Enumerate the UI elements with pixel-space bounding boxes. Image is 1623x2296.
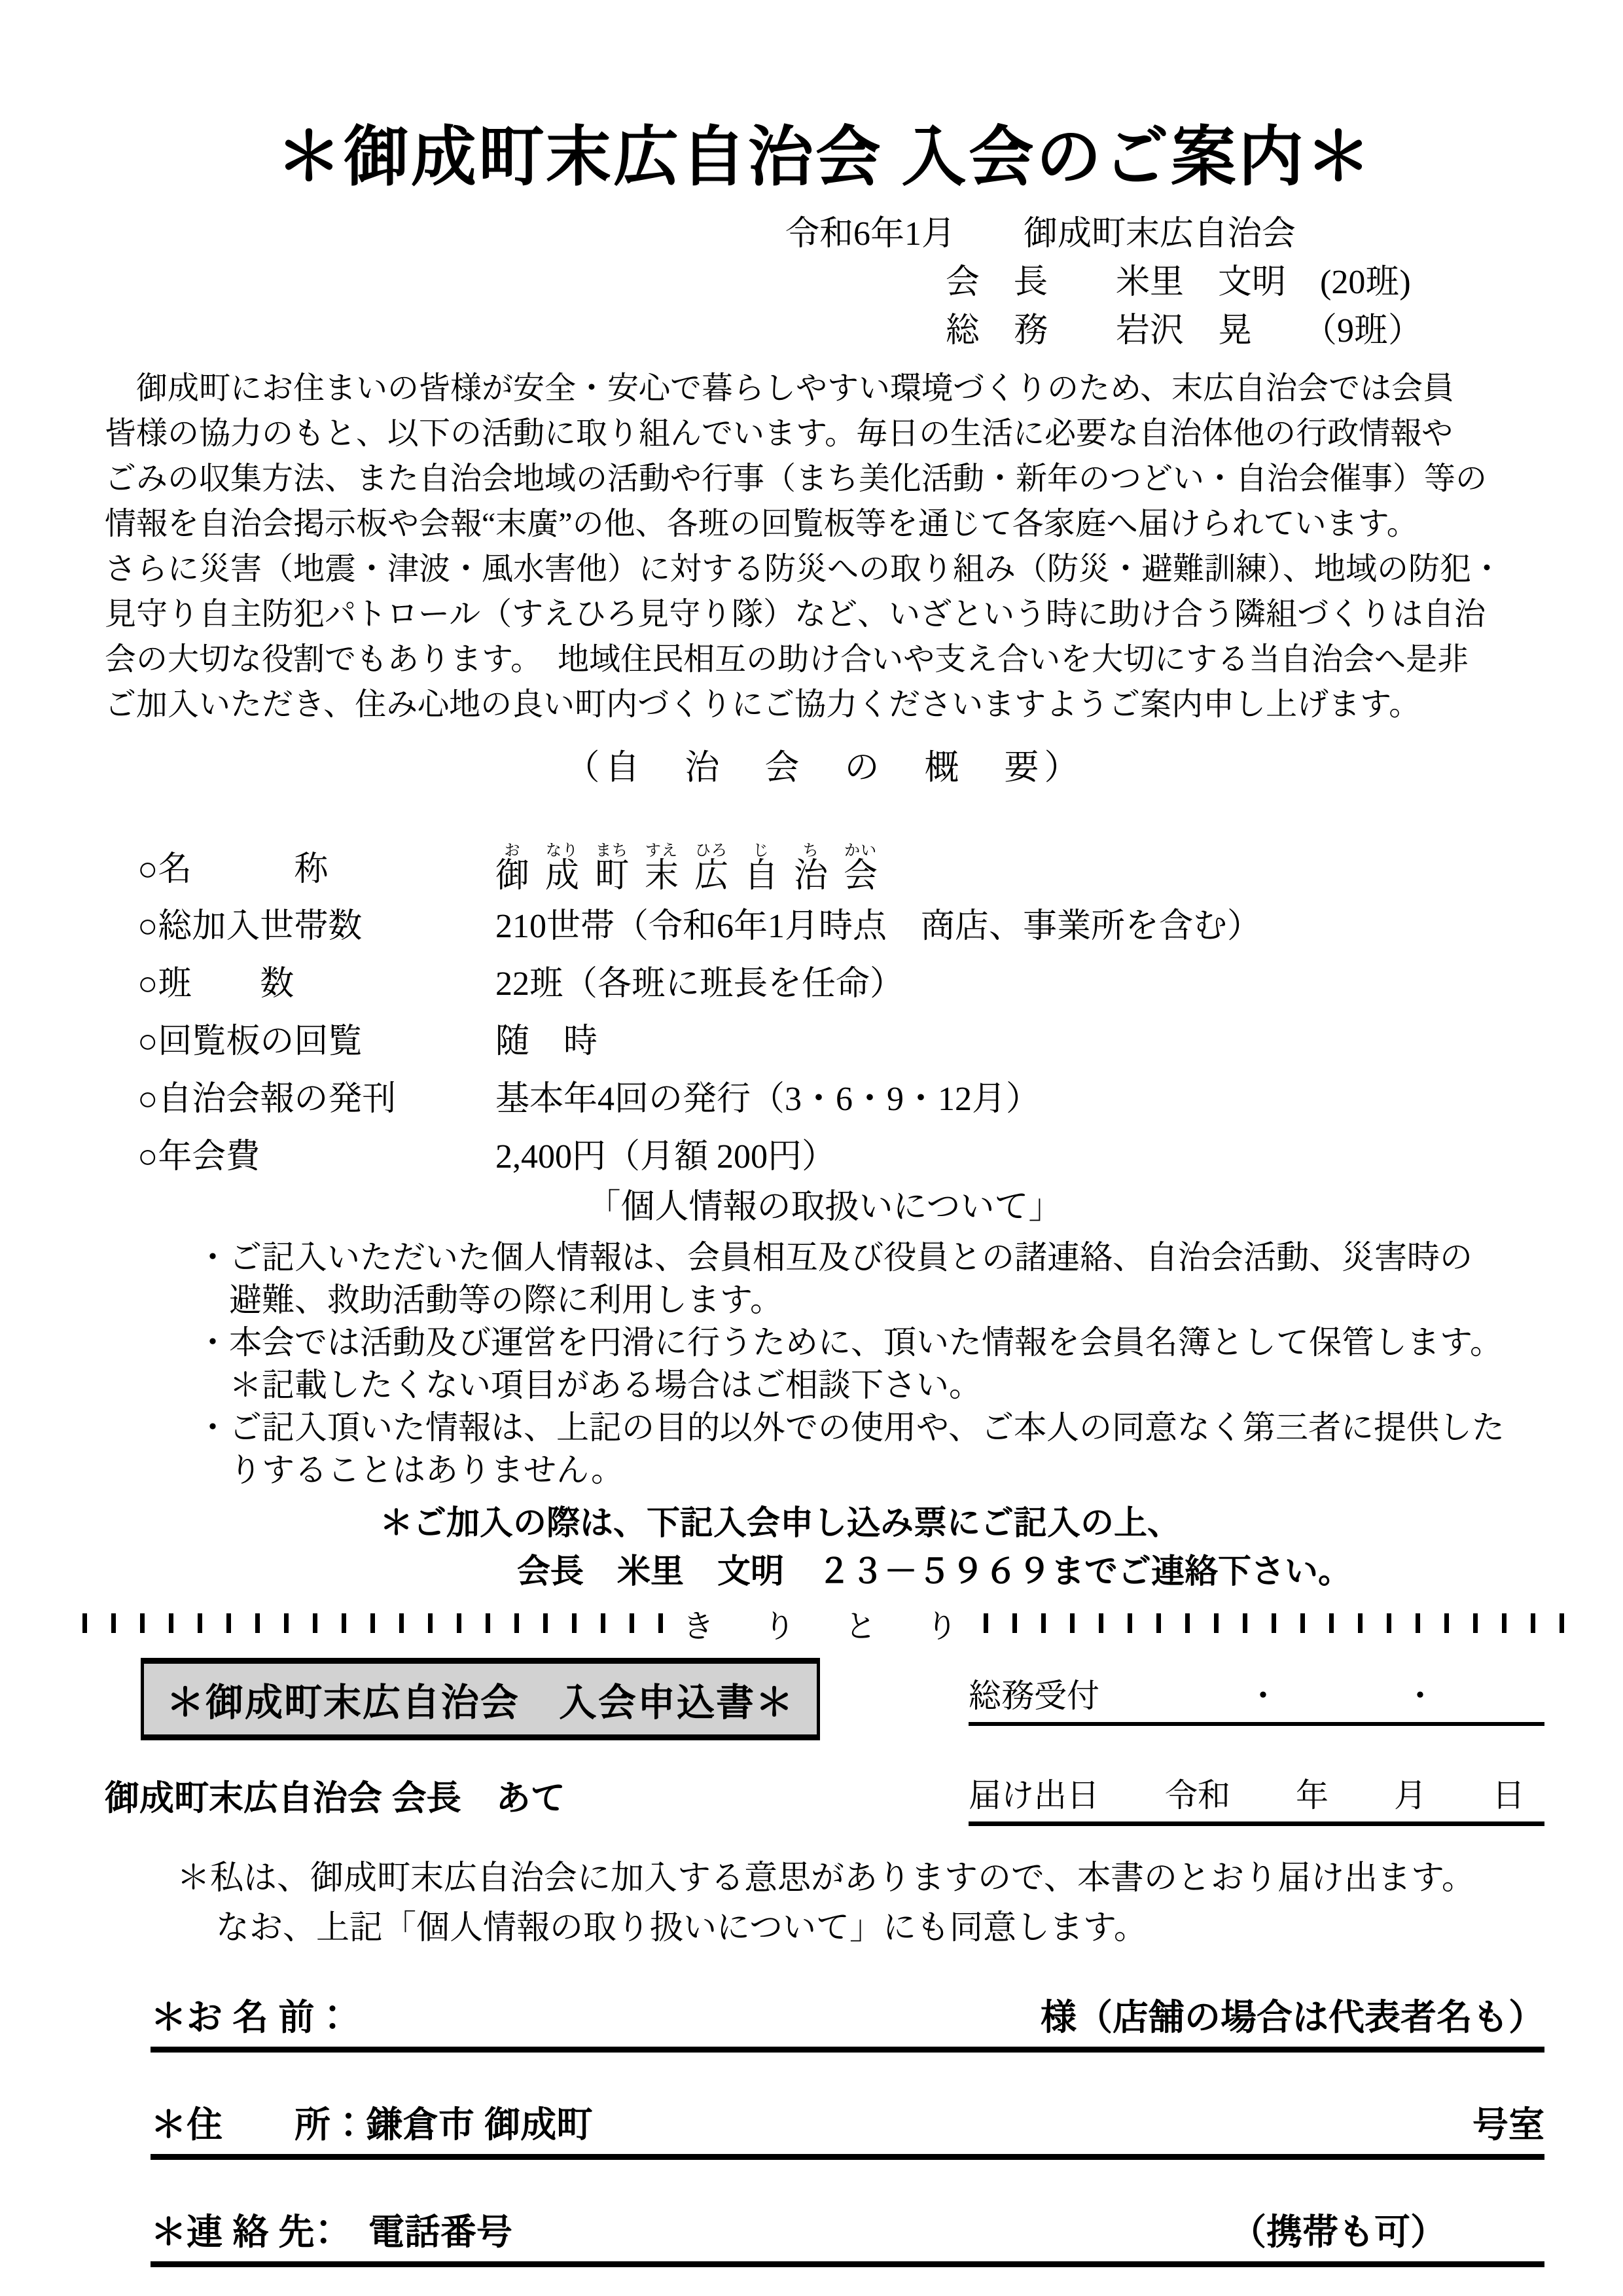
form-header-left: ＊御成町末広自治会 入会申込書＊ 御成町末広自治会 会長 あて xyxy=(105,1658,969,1826)
furigana: お xyxy=(495,842,529,859)
overview-row: ○年会費 2,400円（月額 200円） xyxy=(105,1124,1544,1181)
furigana: じ xyxy=(744,842,778,859)
declaration-line: ＊私は、御成町末広自治会に加入する意思がありますので、本書のとおり届け出ます。 xyxy=(177,1854,1544,1903)
submission-date-field: 届け出日 令和 年 月 日 xyxy=(969,1769,1544,1826)
privacy-section: ・ご記入いただいた個人情報は、会員相互及び役員との諸連絡、自治会活動、災害時の … xyxy=(105,1236,1544,1492)
ruby-char: 自じ xyxy=(744,842,778,893)
application-form-header: ＊御成町末広自治会 入会申込書＊ 御成町末広自治会 会長 あて 総務受付 ・ ・… xyxy=(105,1658,1544,1826)
overview-label: ○班 数 xyxy=(137,956,495,1005)
reception-label: 総務受付 xyxy=(969,1670,1099,1717)
overview-row: ○班 数 22班（各班に班長を任命） xyxy=(105,951,1544,1009)
furigana: まち xyxy=(595,842,629,859)
join-instruction-line: ＊ご加入の際は、下記入会申し込み票にご記入の上、 xyxy=(380,1501,1544,1547)
ruby-char: 広ひろ xyxy=(694,842,728,893)
join-contact-line: 会長 米里 文明 ２３－５９６９までご連絡下さい。 xyxy=(517,1549,1544,1595)
overview-value: 随 時 xyxy=(495,1013,597,1062)
overview-value: 210世帯（令和6年1月時点 商店、事業所を含む） xyxy=(495,898,1261,947)
intro-line: 情報を自治会掲示板や会報“末廣”の他、各班の回覧板等を通じて各家庭へ届けられてい… xyxy=(105,501,1544,547)
ruby-char: 成なり xyxy=(545,842,579,893)
association-name-ruby: 御お 成なり 町まち 末すえ 広ひろ 自じ 治ち 会かい xyxy=(495,842,893,893)
kanji: 末 xyxy=(645,857,679,895)
issue-date-line: 令和6年1月 御成町末広自治会 xyxy=(785,210,1544,259)
ruby-char: 御お xyxy=(495,842,529,893)
ruby-char: 町まち xyxy=(595,842,629,893)
overview-label: ○総加入世帯数 xyxy=(137,898,495,947)
kanji: 町 xyxy=(595,857,629,895)
intro-line: 御成町にお住まいの皆様が安全・安心で暮らしやすい環境づくりのため、末広自治会では… xyxy=(105,366,1544,411)
overview-value: 22班（各班に班長を任命） xyxy=(495,956,904,1005)
intro-line: 会の大切な役割でもあります。 地域住民相互の助け合いや支え合いを大切にする当自治… xyxy=(105,637,1544,682)
declaration-line: なお、上記「個人情報の取り扱いについて」にも同意します。 xyxy=(216,1903,1544,1953)
privacy-bullet-line: ・本会では活動及び運営を円滑に行うために、頂いた情報を会員名簿として保管します。 xyxy=(196,1321,1544,1364)
furigana: ち xyxy=(794,842,828,859)
cut-ticks-right xyxy=(984,1613,1567,1633)
address-field-label: ＊住 所：鎌倉市 御成町 xyxy=(151,2096,592,2147)
document-title: ＊御成町末広自治会 入会のご案内＊ xyxy=(105,117,1544,198)
privacy-heading: 「個人情報の取扱いについて」 xyxy=(105,1184,1544,1231)
form-header-right: 総務受付 ・ ・ 届け出日 令和 年 月 日 xyxy=(969,1658,1544,1826)
overview-label: ○自治会報の発刊 xyxy=(137,1071,495,1120)
document-page: ＊御成町末広自治会 入会のご案内＊ 令和6年1月 御成町末広自治会 会 長 米里… xyxy=(0,0,1623,2296)
contact-field-label: ＊連 絡 先： 電話番号 xyxy=(151,2203,512,2255)
intro-line: さらに災害（地震・津波・風水害他）に対する防災への取り組み（防災・避難訓練）、地… xyxy=(105,547,1544,592)
kanji: 治 xyxy=(794,857,828,895)
furigana: なり xyxy=(545,842,579,859)
name-field: ＊お 名 前： 様（店舗の場合は代表者名も） xyxy=(151,1988,1544,2053)
kanji: 広 xyxy=(694,857,728,895)
overview-row: ○総加入世帯数 210世帯（令和6年1月時点 商店、事業所を含む） xyxy=(105,893,1544,951)
overview-label: ○回覧板の回覧 xyxy=(137,1013,495,1062)
overview-label: ○年会費 xyxy=(137,1128,495,1177)
furigana: かい xyxy=(844,842,878,859)
overview-name-label: ○名 称 xyxy=(137,846,495,893)
intro-line: 見守り自主防犯パトロール（すえひろ見守り隊）など、いざという時に助け合う隣組づく… xyxy=(105,592,1544,637)
ruby-char: 会かい xyxy=(844,842,878,893)
overview-heading: （自 治 会 の 概 要） xyxy=(105,744,1544,791)
overview-value: 基本年4回の発行（3・6・9・12月） xyxy=(495,1071,1040,1120)
overview-row: ○回覧板の回覧 随 時 xyxy=(105,1009,1544,1066)
ruby-char: 治ち xyxy=(794,842,828,893)
name-field-note: 様（店舗の場合は代表者名も） xyxy=(1041,1988,1544,2040)
name-field-label: ＊お 名 前： xyxy=(151,1988,351,2040)
kanji: 成 xyxy=(545,857,579,895)
cut-ticks-left xyxy=(82,1613,666,1633)
privacy-bullet-line: りすることはありません。 xyxy=(196,1449,1544,1492)
reception-field: 総務受付 ・ ・ xyxy=(969,1670,1544,1726)
contact-field-note: （携帯も可） xyxy=(1230,2203,1446,2255)
privacy-bullet-line: ・ご記入頂いた情報は、上記の目的以外での使用や、ご本人の同意なく第三者に提供した xyxy=(196,1407,1544,1449)
overview-value: 2,400円（月額 200円） xyxy=(495,1128,836,1177)
address-field-note: 号室 xyxy=(1472,2096,1544,2147)
kanji: 自 xyxy=(744,857,778,895)
privacy-bullet-line: ・ご記入いただいた個人情報は、会員相互及び役員との諸連絡、自治会活動、災害時の xyxy=(196,1236,1544,1279)
intro-line: ごみの収集方法、また自治会地域の活動や行事（まち美化活動・新年のつどい・自治会催… xyxy=(105,456,1544,501)
addressee-line: 御成町末広自治会 会長 あて xyxy=(105,1770,969,1820)
furigana: すえ xyxy=(645,842,679,859)
general-affairs-line: 総 務 岩沢 晃 （9班） xyxy=(946,307,1544,355)
overview-row: ○自治会報の発刊 基本年4回の発行（3・6・9・12月） xyxy=(105,1066,1544,1124)
chairman-line: 会 長 米里 文明 (20班) xyxy=(946,259,1544,307)
intro-paragraph: 御成町にお住まいの皆様が安全・安心で暮らしやすい環境づくりのため、末広自治会では… xyxy=(105,366,1544,727)
address-field: ＊住 所：鎌倉市 御成町 号室 xyxy=(151,2096,1544,2160)
furigana: ひろ xyxy=(694,842,728,859)
declaration-paragraph: ＊私は、御成町末広自治会に加入する意思がありますので、本書のとおり届け出ます。 … xyxy=(177,1854,1544,1953)
intro-line: ご加入いただき、住み心地の良い町内づくりにご協力くださいますようご案内申し上げま… xyxy=(105,682,1544,727)
cut-line-label: き り と り xyxy=(666,1601,984,1646)
contact-field: ＊連 絡 先： 電話番号 （携帯も可） xyxy=(151,2203,1544,2267)
privacy-bullet-line: 避難、救助活動等の際に利用します。 xyxy=(196,1279,1544,1321)
overview-name-row: ○名 称 御お 成なり 町まち 末すえ 広ひろ 自じ 治ち 会かい xyxy=(105,811,1544,893)
kanji: 会 xyxy=(844,857,878,895)
cut-line: き り と り xyxy=(82,1608,1567,1638)
application-form-title-box: ＊御成町末広自治会 入会申込書＊ xyxy=(141,1658,820,1740)
privacy-bullet-line: ＊記載したくない項目がある場合はご相談下さい。 xyxy=(196,1364,1544,1407)
kanji: 御 xyxy=(495,857,529,895)
intro-line: 皆様の協力のもと、以下の活動に取り組んでいます。毎日の生活に必要な自治体他の行政… xyxy=(105,411,1544,456)
reception-date-dots: ・ ・ xyxy=(1247,1670,1456,1717)
ruby-char: 末すえ xyxy=(645,842,679,893)
